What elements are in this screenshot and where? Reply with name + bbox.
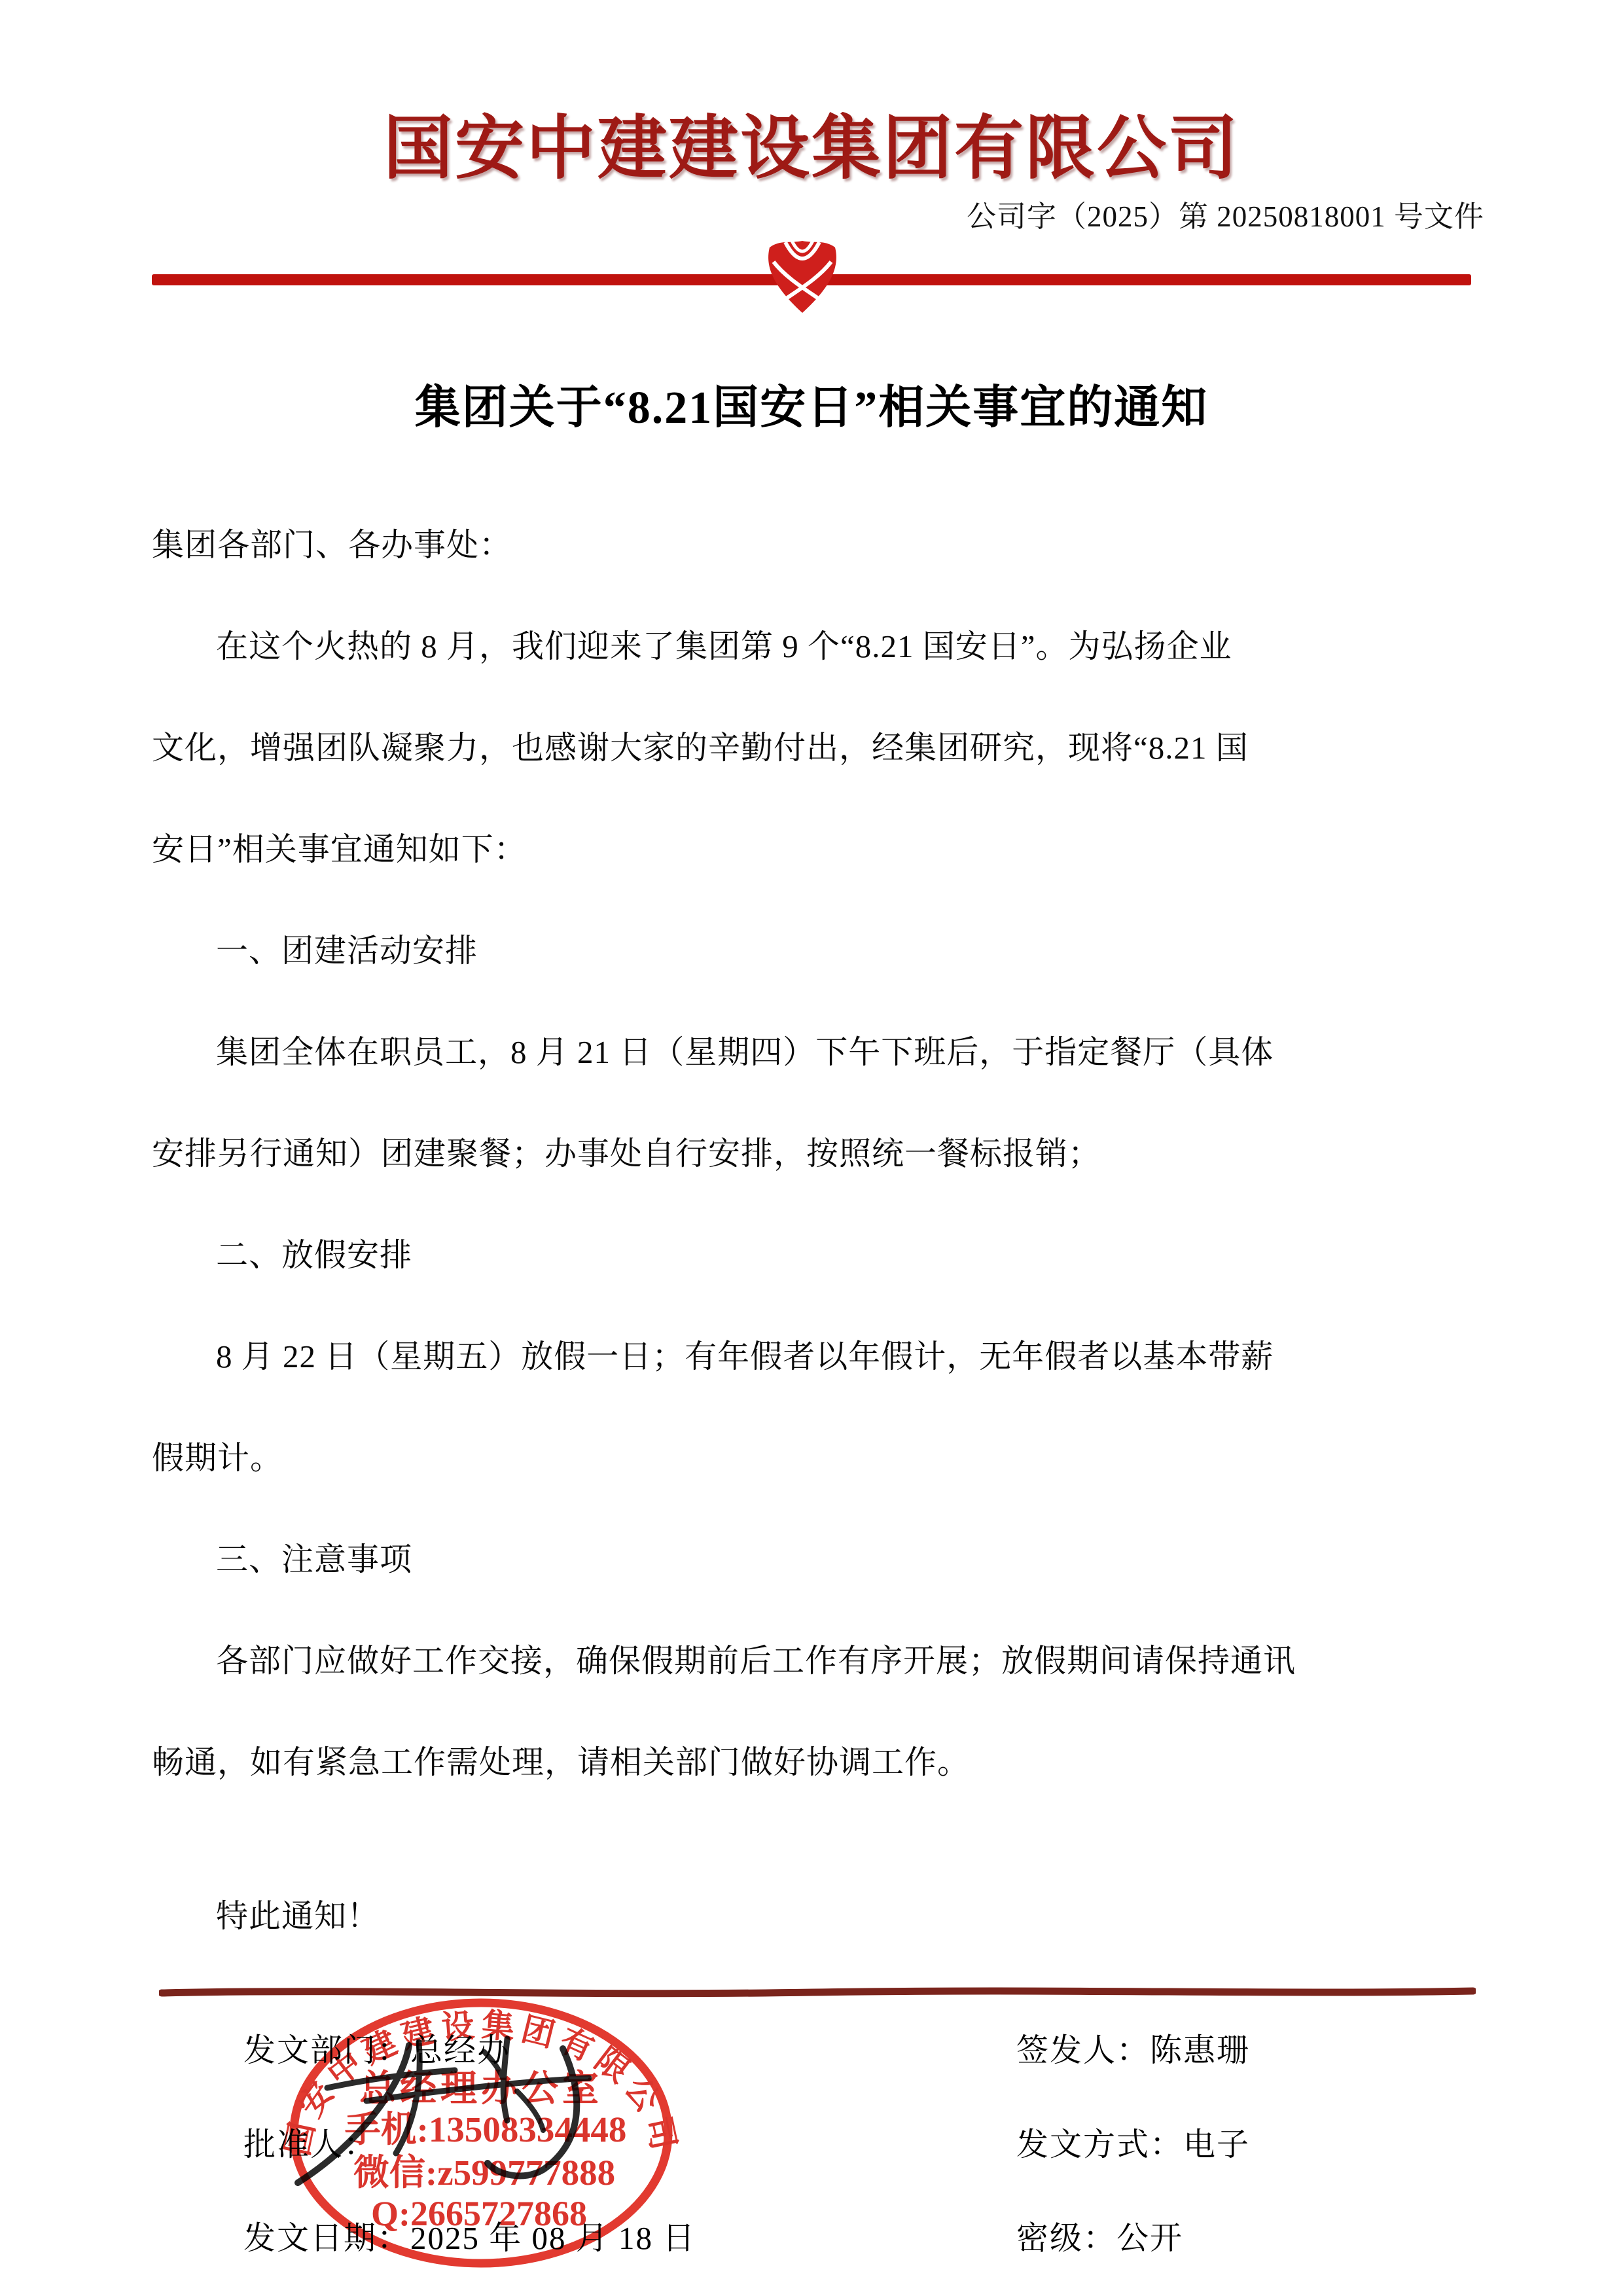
notice-title: 集团关于“8.21国安日”相关事宜的通知 [0,370,1623,437]
body-line: 8 月 22 日（星期五）放假一日；有年假者以年假计，无年假者以基本带薪 [152,1306,1475,1407]
shield-icon [760,236,844,317]
section-heading: 三、注意事项 [152,1509,1475,1610]
salutation: 集团各部门、各办事处： [152,494,1475,596]
body-line: 假期计。 [152,1407,1475,1509]
section-heading: 一、团建活动安排 [152,900,1475,1001]
stamp-qq-text: Q:2665727868 [371,2194,587,2233]
handwritten-signature [288,2013,602,2196]
body-line: 安排另行通知）团建聚餐；办事处自行安排，按照统一餐标报销； [152,1103,1475,1204]
doc-number: 公司字（2025）第 20250818001 号文件 [967,192,1484,235]
body-line: 各部门应做好工作交接，确保假期前后工作有序开展；放假期间请保持通讯 [152,1610,1475,1712]
document-page: 国安中建建设集团有限公司 公司字（2025）第 20250818001 号文件 … [0,0,1623,2296]
body-line: 集团全体在职员工，8 月 21 日（星期四）下午下班后，于指定餐厅（具体 [152,1001,1475,1103]
body-line: 在这个火热的 8 月，我们迎来了集团第 9 个“8.21 国安日”。为弘扬企业 [152,596,1475,697]
classification-field: 密级：公开 [1016,2213,1183,2259]
delivery-method-field: 发文方式：电子 [1016,2119,1250,2165]
body-line: 安日”相关事宜通知如下： [152,798,1475,900]
body-line: 畅通，如有紧急工作需处理，请相关部门做好协调工作。 [152,1712,1475,1813]
notice-body: 集团各部门、各办事处： 在这个火热的 8 月，我们迎来了集团第 9 个“8.21… [152,494,1475,1967]
section-heading: 二、放假安排 [152,1204,1475,1306]
body-line: 文化，增强团队凝聚力，也感谢大家的辛勤付出，经集团研究，现将“8.21 国 [152,697,1475,798]
signer-field: 签发人：陈惠珊 [1016,2025,1250,2071]
closing-line: 特此通知！ [152,1865,1475,1967]
company-name: 国安中建建设集团有限公司 [0,93,1623,192]
